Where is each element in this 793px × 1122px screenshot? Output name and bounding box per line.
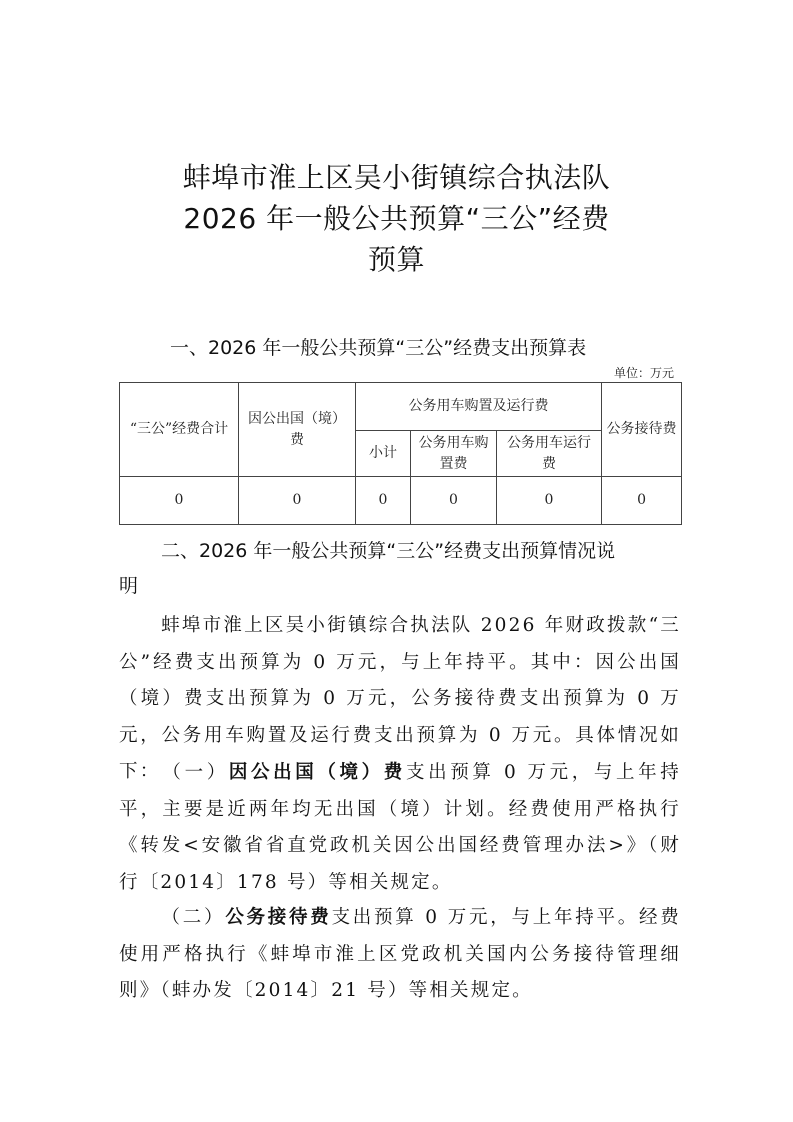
item2-bold: 公务接待费 [225, 907, 331, 928]
header-vehicle-purchase: 公务用车购置费 [411, 431, 497, 477]
doc-title-line-2: 2026 年一般公共预算“三公”经费 [0, 201, 793, 237]
cell-total: 0 [120, 477, 239, 525]
header-overseas: 因公出国（境）费 [239, 383, 356, 477]
section2-heading-line2: 明 [119, 573, 138, 599]
doc-title-line-3: 预算 [0, 242, 793, 278]
section2-heading-line1: 二、2026 年一般公共预算“三公”经费支出预算情况说 [161, 538, 615, 564]
cell-vehicle-purchase: 0 [411, 477, 497, 525]
item1-paragraph: （一）因公出国（境）费支出预算 0 万元，与上年持平，主要是近两年均无出国（境）… [119, 755, 681, 901]
header-vehicle-subtotal: 小计 [356, 431, 411, 477]
unit-label: 单位：万元 [614, 364, 674, 381]
item2-prefix: （二） [161, 907, 225, 928]
three-public-budget-table: “三公”经费合计 因公出国（境）费 公务用车购置及运行费 公务接待费 小计 公务… [119, 382, 682, 525]
cell-reception: 0 [602, 477, 682, 525]
cell-vehicle-operation: 0 [497, 477, 602, 525]
item2-paragraph: （二）公务接待费支出预算 0 万元，与上年持平。经费使用严格执行《蚌埠市淮上区党… [119, 900, 681, 1010]
section1-heading: 一、2026 年一般公共预算“三公”经费支出预算表 [170, 335, 586, 361]
header-reception: 公务接待费 [602, 383, 682, 477]
cell-overseas: 0 [239, 477, 356, 525]
item1-prefix: （一） [161, 762, 229, 783]
cell-vehicle-subtotal: 0 [356, 477, 411, 525]
header-total: “三公”经费合计 [120, 383, 239, 477]
table-row: 0 0 0 0 0 0 [120, 477, 682, 525]
header-vehicle-group: 公务用车购置及运行费 [356, 383, 602, 431]
header-vehicle-operation: 公务用车运行费 [497, 431, 602, 477]
item1-bold: 因公出国（境）费 [229, 762, 406, 783]
doc-title-line-1: 蚌埠市淮上区吴小街镇综合执法队 [0, 160, 793, 196]
